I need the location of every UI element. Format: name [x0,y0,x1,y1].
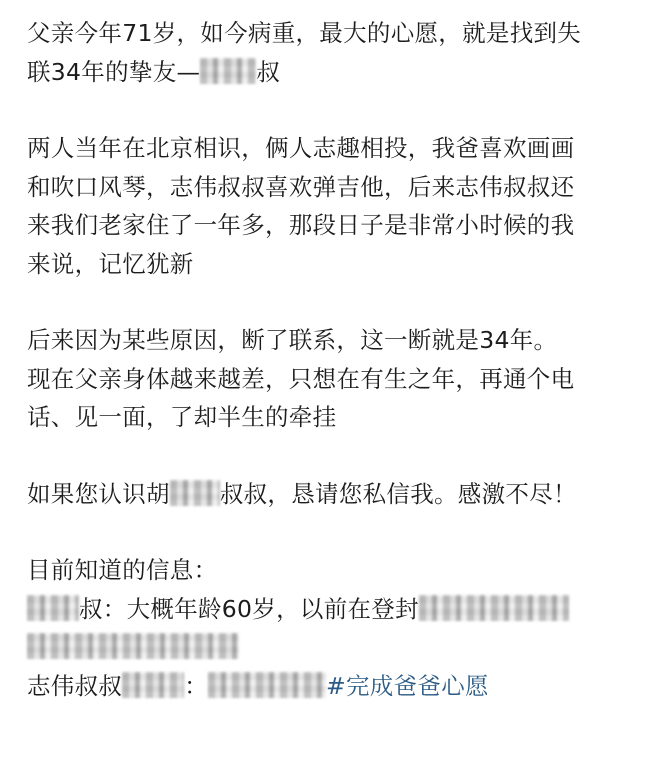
text-line: 如果您认识胡叔叔，恳请您私信我。感激不尽！ [27,475,639,514]
text-segment: 联34年的挚友— [27,58,200,86]
redacted-friend-name [27,595,79,621]
paragraph-known-info: 目前知道的信息： 叔：大概年龄60岁，以前在登封 志伟叔叔：#完成爸爸心愿 [27,551,639,705]
hashtag-link[interactable]: #完成爸爸心愿 [326,672,489,700]
redacted-contact-label [122,672,184,698]
text-segment: 叔 [256,58,280,86]
paragraph-lost-contact: 后来因为某些原因，断了联系，这一断就是34年。 现在父亲身体越来越差，只想在有生… [27,321,639,437]
text-segment: 志伟叔叔 [27,672,122,700]
social-post-body: 父亲今年71岁，如今病重，最大的心愿，就是找到失 联34年的挚友—叔 两人当年在… [27,14,639,705]
paragraph-intro: 父亲今年71岁，如今病重，最大的心愿，就是找到失 联34年的挚友—叔 [27,14,639,91]
redacted-workplace-continued [27,633,239,659]
text-segment: 叔叔，恳请您私信我。感激不尽！ [220,480,577,508]
info-heading: 目前知道的信息： [27,551,639,590]
text-segment: 叔：大概年龄60岁，以前在登封 [79,595,419,623]
text-segment: ： [184,672,208,700]
text-line: 话、见一面，了却半生的牵挂 [27,398,639,437]
text-line: 后来因为某些原因，断了联系，这一断就是34年。 [27,321,639,360]
text-line: 两人当年在北京相识，俩人志趣相投，我爸喜欢画画 [27,129,639,168]
text-line: 联34年的挚友—叔 [27,53,639,92]
redacted-workplace [419,595,569,621]
redacted-friend-name [200,58,256,84]
text-line: 来说，记忆犹新 [27,245,639,284]
text-line: 来我们老家住了一年多，那段日子是非常小时候的我 [27,206,639,245]
text-segment: 如果您认识胡 [27,480,170,508]
paragraph-story: 两人当年在北京相识，俩人志趣相投，我爸喜欢画画 和吹口风琴，志伟叔叔喜欢弹吉他，… [27,129,639,283]
text-line: 父亲今年71岁，如今病重，最大的心愿，就是找到失 [27,14,639,53]
redacted-friend-name [170,480,220,506]
redacted-contact-value [208,672,326,698]
text-line: 现在父亲身体越来越差，只想在有生之年，再通个电 [27,360,639,399]
text-line: 和吹口风琴，志伟叔叔喜欢弹吉他，后来志伟叔叔还 [27,168,639,207]
info-line-workplace-cont [27,628,639,667]
paragraph-plea: 如果您认识胡叔叔，恳请您私信我。感激不尽！ [27,475,639,514]
info-line-age: 叔：大概年龄60岁，以前在登封 [27,590,639,629]
info-line-contact: 志伟叔叔：#完成爸爸心愿 [27,667,639,706]
